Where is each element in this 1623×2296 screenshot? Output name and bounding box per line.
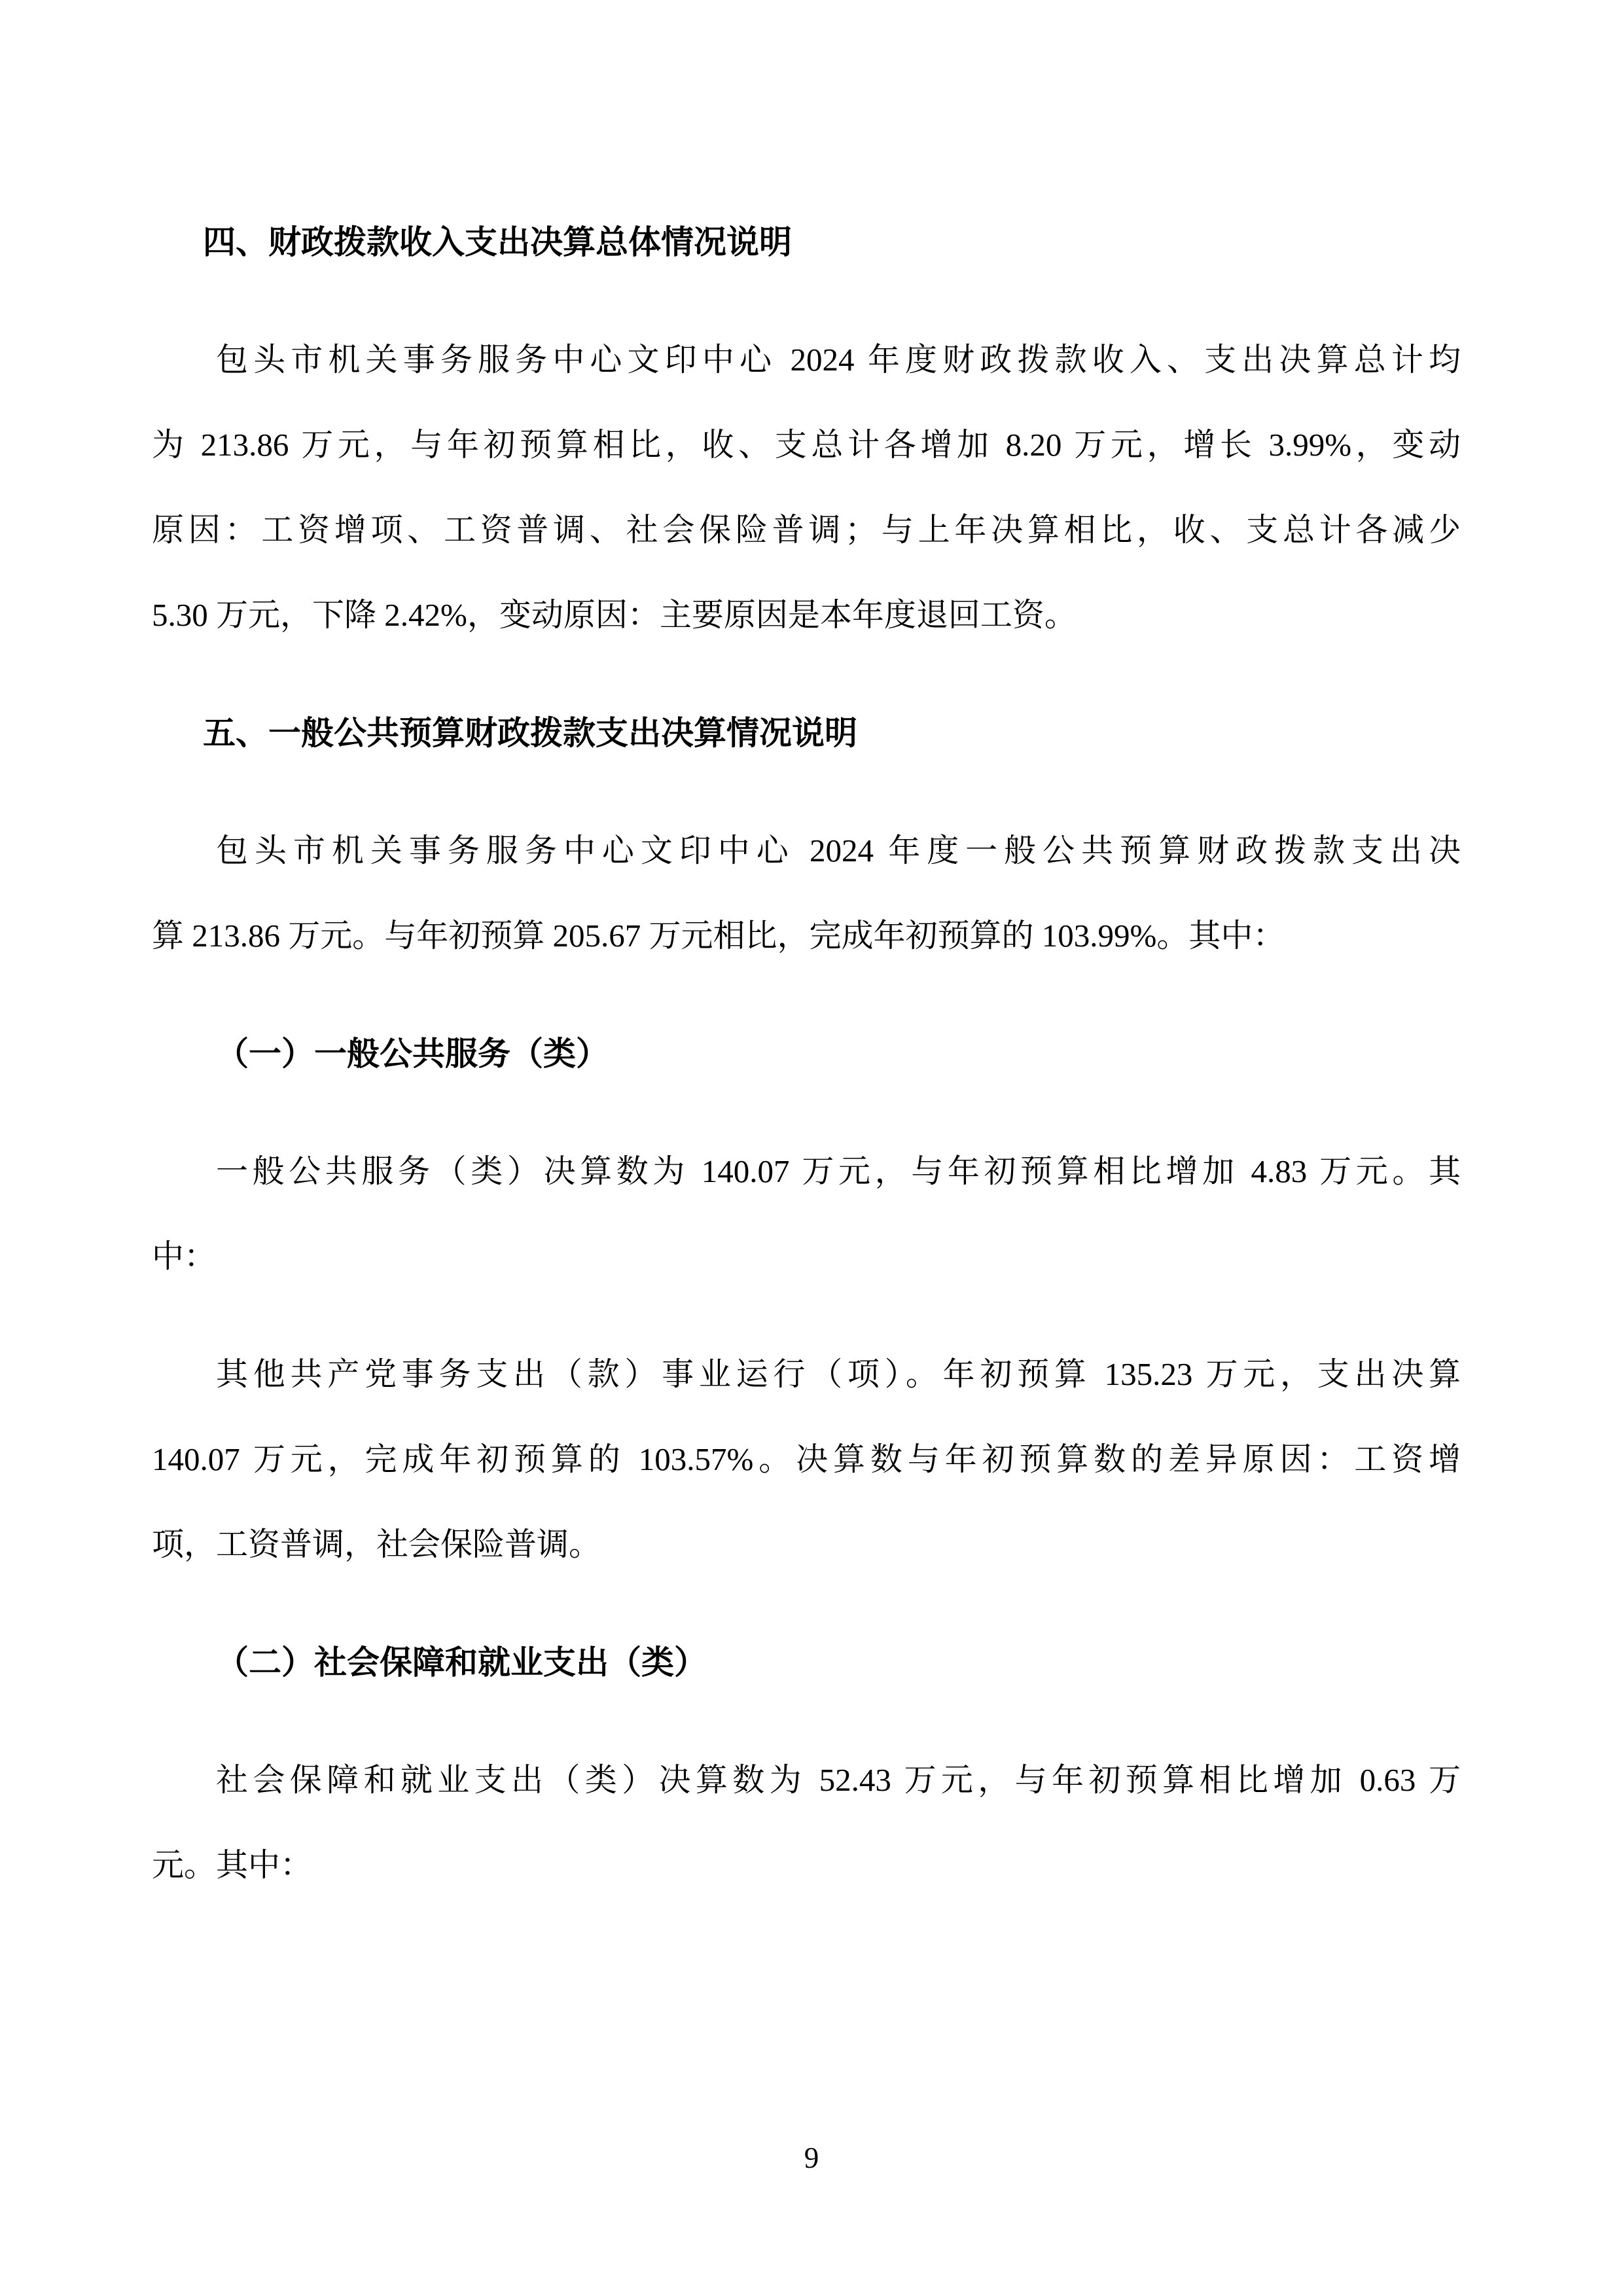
party-affairs-paragraph: 其他共产党事务支出（款）事业运行（项）。年初预算 135.23 万元，支出决算 … bbox=[152, 1332, 1461, 1587]
page-number: 9 bbox=[0, 2142, 1623, 2174]
social-security-paragraph: 社会保障和就业支出（类）决算数为 52.43 万元，与年初预算相比增加 0.63… bbox=[152, 1738, 1461, 1908]
text-line: 其他共产党事务支出（款）事业运行（项）。年初预算 135.23 万元，支出决算 bbox=[152, 1332, 1461, 1417]
text-line: 包头市机关事务服务中心文印中心 2024 年度财政拨款收入、支出决算总计均 bbox=[152, 317, 1461, 403]
text-line: 元。其中： bbox=[152, 1823, 1461, 1908]
general-public-service-paragraph: 一般公共服务（类）决算数为 140.07 万元，与年初预算相比增加 4.83 万… bbox=[152, 1129, 1461, 1299]
section-heading-5: 五、一般公共预算财政拨款支出决算情况说明 bbox=[152, 691, 1461, 776]
text-line: 包头市机关事务服务中心文印中心 2024 年度一般公共预算财政拨款支出决 bbox=[152, 808, 1461, 893]
text-line: 5.30 万元，下降 2.42%，变动原因：主要原因是本年度退回工资。 bbox=[152, 573, 1461, 658]
text-line: 项，工资普调，社会保险普调。 bbox=[152, 1502, 1461, 1587]
section-heading-4: 四、财政拨款收入支出决算总体情况说明 bbox=[152, 200, 1461, 285]
subsection-heading-1: （一）一般公共服务（类） bbox=[152, 1011, 1461, 1096]
subsection-heading-2: （二）社会保障和就业支出（类） bbox=[152, 1620, 1461, 1705]
text-line: 140.07 万元，完成年初预算的 103.57%。决算数与年初预算数的差异原因… bbox=[152, 1417, 1461, 1502]
section-5-intro-paragraph: 包头市机关事务服务中心文印中心 2024 年度一般公共预算财政拨款支出决 算 2… bbox=[152, 808, 1461, 978]
document-content: 四、财政拨款收入支出决算总体情况说明 包头市机关事务服务中心文印中心 2024 … bbox=[152, 200, 1461, 1908]
text-line: 社会保障和就业支出（类）决算数为 52.43 万元，与年初预算相比增加 0.63… bbox=[152, 1738, 1461, 1823]
section-4-paragraph: 包头市机关事务服务中心文印中心 2024 年度财政拨款收入、支出决算总计均 为 … bbox=[152, 317, 1461, 658]
text-line: 原因：工资增项、工资普调、社会保险普调；与上年决算相比，收、支总计各减少 bbox=[152, 488, 1461, 573]
text-line: 算 213.86 万元。与年初预算 205.67 万元相比，完成年初预算的 10… bbox=[152, 893, 1461, 978]
text-line: 一般公共服务（类）决算数为 140.07 万元，与年初预算相比增加 4.83 万… bbox=[152, 1129, 1461, 1214]
text-line: 为 213.86 万元，与年初预算相比，收、支总计各增加 8.20 万元，增长 … bbox=[152, 403, 1461, 488]
text-line: 中： bbox=[152, 1214, 1461, 1299]
